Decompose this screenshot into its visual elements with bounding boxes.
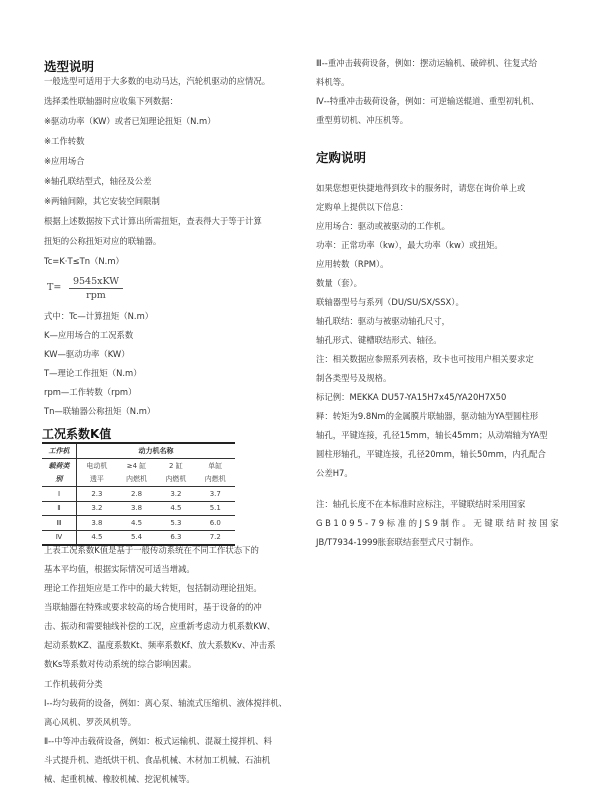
table-cell: 6.0 (196, 516, 235, 531)
table-row: Ⅳ 4.5 5.4 6.3 7.2 (42, 530, 235, 545)
formula-lhs: T= (47, 282, 61, 293)
table-row: Ⅱ 3.2 3.8 4.5 5.1 (42, 501, 235, 516)
column-header: 电动机 (77, 459, 117, 473)
k-table-title: 工况系数K值 (42, 425, 111, 442)
load-class: Ⅲ (42, 516, 77, 531)
text-line: ※应用场合 (44, 156, 85, 167)
table-cell: 6.3 (156, 530, 195, 545)
column-header: 内燃机 (196, 473, 235, 487)
legend-line: 式中：Tc—计算扭矩（N.m） (44, 311, 153, 322)
text-line: 料机等。 (316, 77, 350, 88)
table-cell: 4.5 (156, 501, 195, 516)
text-line: Ⅰ--均匀载荷的设备，例如：离心泵、轴流式压缩机、液体搅拌机、 (44, 698, 287, 709)
legend-line: Tn—联轴器公称扭矩（N.m） (44, 406, 155, 417)
text-line: 一般选型可适用于大多数的电动马达，汽轮机驱动的应情况。 (44, 76, 270, 87)
text-line: 选择柔性联轴器时应收集下列数据： (44, 96, 178, 107)
text-line: 起动系数KZ、温度系数Kt、频率系数Kf、放大系数Kv、冲击系 (44, 640, 276, 651)
text-line: Ⅱ--中等冲击载荷设备，例如：板式运输机、混凝土搅拌机、料 (44, 736, 272, 747)
table-cell: 3.2 (77, 501, 117, 516)
text-line: 离心风机、罗茨风机等。 (44, 717, 136, 728)
table-cell: 5.3 (156, 516, 195, 531)
text-line: 释：转矩为9.8Nm的金属膜片联轴器，驱动轴为YA型圆柱形 (316, 411, 538, 422)
text-line: 应用场合：驱动或被驱动的工作机。 (316, 221, 450, 232)
load-class: Ⅰ (42, 487, 77, 502)
text-line: 轴孔形式、键槽联结形式、轴径。 (316, 335, 442, 346)
torque-formula: T= 9545xKW rpm (47, 276, 137, 304)
legend-line: KW—驱动功率（KW） (44, 349, 130, 360)
load-class: Ⅱ (42, 501, 77, 516)
text-line: 上表工况系数K值是基于一般传动系统在不同工作状态下的 (44, 545, 259, 556)
table-cell: 7.2 (196, 530, 235, 545)
column-header: 单缸 (196, 459, 235, 473)
k-factor-table: 工作机 动力机名称 载荷类 电动机 ≥4 缸 2 缸 单缸 别 透平 内燃机 内… (42, 442, 235, 546)
text-line: 理论工作扭矩应是工作中的最大转矩，包括制动理论扭矩。 (44, 583, 262, 594)
text-line: 应用转数（RPM）。 (316, 259, 389, 270)
text-line: JB/T7934-1999胀套联结套型式尺寸制作。 (316, 537, 478, 548)
table-cell: 3.8 (117, 501, 156, 516)
table-cell: 3.2 (156, 487, 195, 502)
text-line: 当联轴器在特殊或要求较高的场合使用时，基于设备的的冲 (44, 602, 262, 613)
formula-numerator: 9545xKW (69, 276, 123, 289)
formula-tc: Tc=K·T≤Tn（N.m） (44, 256, 124, 267)
column-header: 透平 (77, 473, 117, 487)
text-line: 公差H7。 (316, 468, 353, 479)
table-row: Ⅲ 3.8 4.5 5.3 6.0 (42, 516, 235, 531)
text-line: 数Ks等系数对传动系统的综合影响因素。 (44, 659, 196, 670)
legend-line: K—应用场合的工况系数 (44, 330, 133, 341)
text-line: 重型剪切机、冲压机等。 (316, 115, 408, 126)
column-header: 2 缸 (156, 459, 195, 473)
text-line: 轴孔联结：驱动与被驱动轴孔尺寸， (316, 316, 450, 327)
column-header: 内燃机 (156, 473, 195, 487)
formula-denominator: rpm (69, 289, 123, 301)
load-class: Ⅳ (42, 530, 77, 545)
text-line: 注：相关数据应参照系列表格，玫卡也可按用户相关要求定 (316, 354, 534, 365)
load-class-heading: 工作机载荷分类 (44, 679, 103, 690)
text-line: 数量（套）。 (316, 278, 362, 289)
text-line: 定购单上提供以下信息： (316, 202, 408, 213)
order-title: 定购说明 (316, 148, 366, 166)
text-line: Ⅲ--重冲击载荷设备，例如：摆动运输机、破碎机、往复式给 (316, 58, 537, 69)
text-line: 圆柱形轴孔，平键连接，孔径20mm，轴长50mm，内孔配合 (316, 449, 546, 460)
table-cell: 2.3 (77, 487, 117, 502)
text-line: 注：轴孔长度不在本标准时应标注，平键联结时采用国家 (316, 499, 525, 510)
text-line: 械、起重机械、橡胶机械、挖泥机械等。 (44, 774, 195, 785)
text-line: ※工作转数 (44, 136, 85, 147)
table-row: Ⅰ 2.3 2.8 3.2 3.7 (42, 487, 235, 502)
table-cell: 2.8 (117, 487, 156, 502)
group-header: 动力机名称 (77, 443, 236, 459)
legend-line: T—理论工作扭矩（N.m） (44, 368, 142, 379)
table-cell: 5.4 (117, 530, 156, 545)
text-line: ※轴孔联结型式，轴径及公差 (44, 176, 152, 187)
text-line: 扭矩的公称扭矩对应的联轴器。 (44, 236, 161, 247)
text-line: 斗式提升机、造纸烘干机、食品机械、木材加工机械、石油机 (44, 755, 270, 766)
text-line: ※两轴间隙，其它安装空间限制 (44, 196, 160, 207)
text-line: 轴孔，平键连接，孔径15mm，轴长45mm；从动端轴为YA型 (316, 430, 548, 441)
table-cell: 3.8 (77, 516, 117, 531)
table-cell: 5.1 (196, 501, 235, 516)
text-line: 基本平均值，根据实际情况可适当增减。 (44, 564, 195, 575)
text-line: 制各类型号及规格。 (316, 373, 391, 384)
formula-fraction: 9545xKW rpm (69, 276, 123, 301)
column-header: ≥4 缸 (117, 459, 156, 473)
text-line: ※驱动功率（KW）或者已知理论扭矩（N.m） (44, 116, 216, 127)
legend-line: rpm—工作转数（rpm） (44, 387, 136, 398)
text-line: 如果您想更快捷地得到玫卡的服务时，请您在询价单上或 (316, 183, 525, 194)
row-header-label: 载荷类 (42, 459, 77, 473)
table-cell: 3.7 (196, 487, 235, 502)
selection-title: 选型说明 (44, 57, 94, 75)
table-cell: 4.5 (117, 516, 156, 531)
text-line: 联轴器型号与系列（DU/SU/SX/SSX）。 (316, 297, 464, 308)
text-line: GB1095-79标准的JS9制作。无键联结时按国家 (316, 518, 561, 529)
row-header-label: 别 (42, 473, 77, 487)
row-header-label: 工作机 (42, 443, 77, 459)
text-line: Ⅳ--特重冲击载荷设备，例如：可逆输送辊道、重型初轧机、 (316, 96, 539, 107)
text-line: 根据上述数据按下式计算出所需扭矩，查表得大于等于计算 (44, 216, 262, 227)
table-cell: 4.5 (77, 530, 117, 545)
text-line: 功率：正常功率（kw），最大功率（kw）或扭矩。 (316, 240, 503, 251)
column-header: 内燃机 (117, 473, 156, 487)
marking-example: 标记例：MEKKA DU57-YA15H7x45/YA20H7X50 (316, 392, 506, 403)
text-line: 击、振动和需要轴线补偿的工况，应重新考虑动力机系数KW、 (44, 621, 275, 632)
